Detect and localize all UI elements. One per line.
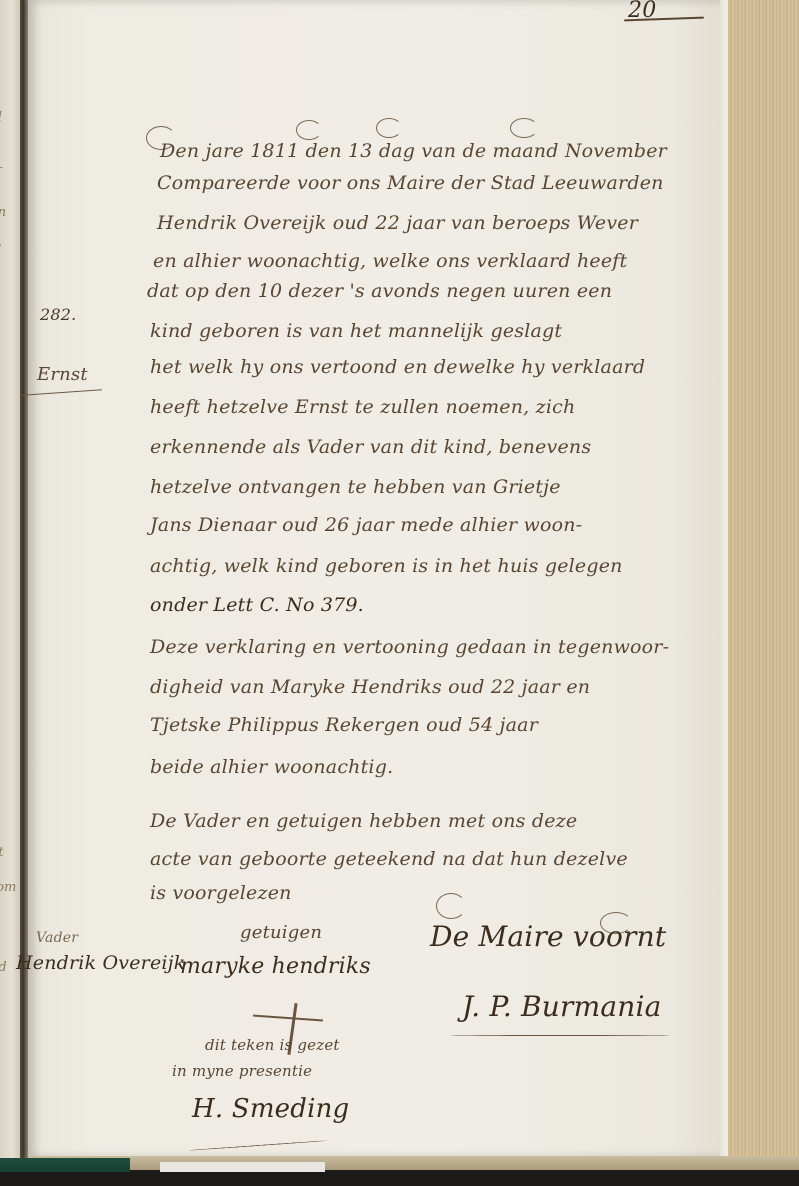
- book-gutter: [20, 0, 28, 1160]
- witness-line: Deze verklaring en vertooning gedaan in …: [150, 636, 669, 658]
- witnesses-label: getuigen: [240, 922, 322, 943]
- previous-page-fragment: —: [0, 160, 3, 175]
- mayor-signature: J. P. Burmania: [462, 990, 662, 1023]
- previous-page-fragment: nt: [0, 845, 4, 860]
- witness-line: Tjetske Philippus Rekergen oud 54 jaar: [150, 714, 538, 736]
- body-line: heeft hetzelve Ernst te zullen noemen, z…: [150, 396, 575, 418]
- witness-signature-smeding: H. Smeding: [192, 1094, 349, 1124]
- witness-line: beide alhier woonachtig.: [150, 756, 393, 778]
- father-label: Vader: [36, 930, 78, 946]
- witness-signature-maryke: maryke hendriks: [180, 954, 371, 979]
- previous-page-fragment: al: [0, 110, 2, 125]
- mark-attestation-line: in myne presentie: [172, 1062, 312, 1080]
- body-line: achtig, welk kind geboren is in het huis…: [150, 555, 623, 577]
- flourish-ornament: [436, 893, 466, 919]
- body-line: Den jare 1811 den 13 dag van de maand No…: [160, 140, 667, 162]
- previous-page-fragment: w: [0, 240, 1, 255]
- body-line: onder Lett C. No 379.: [150, 594, 364, 616]
- body-line: erkennende als Vader van dit kind, benev…: [150, 436, 591, 458]
- record-number: 282.: [40, 305, 76, 324]
- witness-line: digheid van Maryke Hendriks oud 22 jaar …: [150, 676, 590, 698]
- previous-page-edge: al — en w nt rom nd ıl: [0, 0, 20, 1160]
- margin-child-name: Ernst: [37, 364, 88, 385]
- mayor-label: De Maire voornt: [430, 920, 666, 953]
- body-line: Hendrik Overeijk oud 22 jaar van beroeps…: [157, 212, 638, 234]
- flourish-ornament: [510, 118, 538, 138]
- body-line: Compareerde voor ons Maire der Stad Leeu…: [157, 172, 664, 194]
- previous-page-fragment: nd: [0, 960, 7, 975]
- table-surface: [0, 1172, 799, 1186]
- body-line: dat op den 10 dezer 's avonds negen uure…: [147, 280, 612, 302]
- body-line: hetzelve ontvangen te hebben van Grietje: [150, 476, 561, 498]
- body-line: en alhier woonachtig, welke ons verklaar…: [153, 250, 627, 272]
- previous-page-fragment: rom: [0, 880, 16, 895]
- previous-page-fragment: en: [0, 205, 6, 220]
- body-line: Jans Dienaar oud 26 jaar mede alhier woo…: [150, 514, 582, 536]
- page-bottom-edge: [28, 1156, 799, 1170]
- mark-attestation-line: dit teken is gezet: [205, 1036, 340, 1054]
- flourish-ornament: [296, 120, 322, 140]
- signature-flourish: [450, 1035, 670, 1036]
- body-line: het welk hy ons vertoond en dewelke hy v…: [150, 356, 645, 378]
- closing-line: De Vader en getuigen hebben met ons deze: [150, 810, 577, 832]
- closing-line: acte van geboorte geteekend na dat hun d…: [150, 848, 628, 870]
- father-signature: Hendrik Overeijk: [16, 952, 186, 974]
- body-line: kind geboren is van het mannelijk geslag…: [150, 320, 562, 342]
- flourish-ornament: [376, 118, 402, 138]
- book-fore-edge: [728, 0, 799, 1160]
- closing-line: is voorgelezen: [150, 882, 292, 904]
